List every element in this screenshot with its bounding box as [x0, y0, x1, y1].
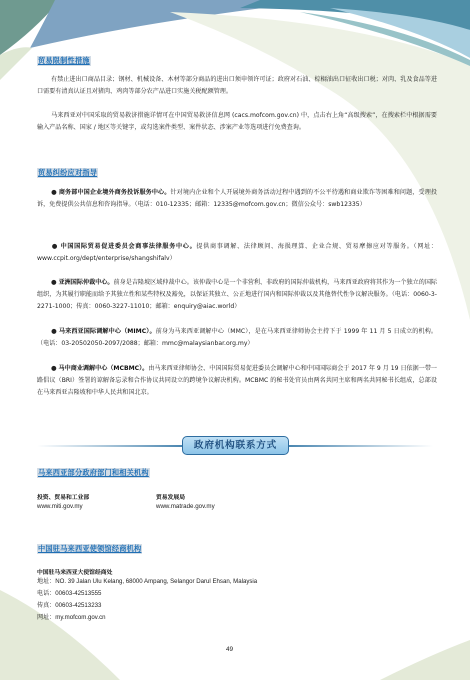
org-name: 商务部中国企业境外商务投诉服务中心。 [59, 189, 171, 196]
org-name: 马中商业调解中心（MCBMC）。 [59, 365, 149, 372]
banner-title: 政府机构联系方式 [182, 436, 289, 455]
org-name-matrade: 贸易发展局 [156, 492, 185, 501]
org-url-matrade[interactable]: www.matrade.gov.my [156, 503, 215, 510]
bullet-icon: ● [51, 327, 57, 335]
dispute-item-4: ● 马来西亚国际调解中心（MIMC）。前身为马来西亚调解中心（MMC），是在马来… [37, 325, 437, 350]
embassy-website: 网址：my.mofcom.gov.cn [37, 612, 106, 624]
bullet-icon: ● [51, 364, 57, 372]
paragraph-trade-restriction-1: 有禁止进出口商品目录；钢材、机械设备、木材等部分商品的进出口须申领许可证；政府对… [37, 74, 437, 98]
embassy-name: 中国驻马来西亚大使馆经商处 [37, 567, 112, 576]
dispute-item-1: ● 商务部中国企业境外商务投诉服务中心。针对境内企业和个人开展境外商务活动过程中… [37, 186, 437, 211]
org-name: 马来西亚国际调解中心（MIMC）。 [59, 328, 156, 335]
banner-rule-left [37, 445, 182, 447]
embassy-website-link[interactable]: my.mofcom.gov.cn [55, 614, 105, 621]
bullet-icon: ● [51, 278, 57, 286]
dispute-item-5: ● 马中商业调解中心（MCBMC）。由马来西亚律师协会、中国国际贸易促进委员会调… [37, 362, 437, 399]
section-heading-dispute-guidance: 贸易纠纷应对指导 [37, 168, 98, 178]
embassy-phone: 电话：00603-42513555 [37, 588, 101, 600]
banner-rule-right [289, 445, 433, 447]
embassy-address: 地址：NO. 39 Jalan Ulu Kelang, 68000 Ampang… [37, 576, 257, 588]
org-name: 中国国际贸易促进委员会商事法律服务中心。 [61, 243, 197, 250]
section-banner: 政府机构联系方式 [37, 436, 433, 456]
embassy-fax: 传真：00603-42513233 [37, 600, 101, 612]
dispute-item-3: ● 亚洲国际仲裁中心。前身是吉隆坡区域仲裁中心。该仲裁中心是一个非营利、非政府的… [37, 276, 437, 313]
org-url-miti[interactable]: www.miti.gov.my [37, 503, 83, 510]
dispute-item-2: ● 中国国际贸易促进委员会商事法律服务中心。提供商事调解、法律顾问、海损理算、企… [37, 240, 437, 265]
org-name-miti: 投资、贸易和工业部 [37, 492, 89, 501]
bullet-icon: ● [51, 242, 58, 250]
bullet-icon: ● [51, 188, 57, 196]
section-heading-trade-restriction: 贸易限制性措施 [37, 56, 91, 66]
org-name: 亚洲国际仲裁中心。 [59, 279, 114, 286]
page-number: 49 [226, 646, 233, 653]
section-heading-malaysia-gov: 马来西亚部分政府部门和相关机构 [37, 468, 150, 478]
document-page: 贸易限制性措施 有禁止进出口商品目录；钢材、机械设备、木材等部分商品的进出口须申… [0, 0, 470, 680]
section-heading-embassy: 中国驻马来西亚使领馆经商机构 [37, 544, 142, 554]
paragraph-trade-restriction-2: 马来西亚对中国采取的贸易救济措施详情可在中国贸易救济信息网 (cacs.mofc… [37, 110, 437, 134]
